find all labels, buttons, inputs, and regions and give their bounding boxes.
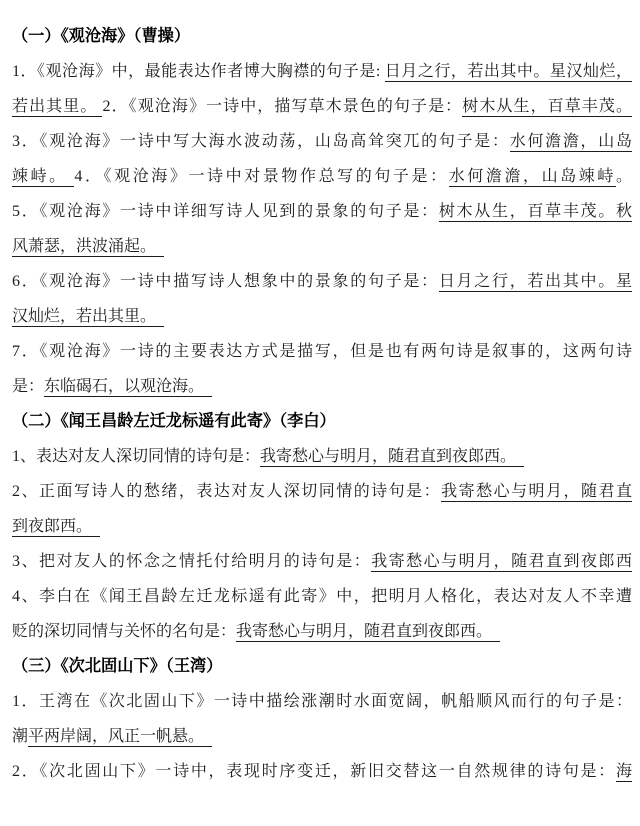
- text-line: 风萧瑟，洪波涌起。: [12, 229, 632, 264]
- text-segment: 4．《观沧海》一诗中对景物作总写的句子是：: [74, 168, 448, 185]
- text-line: 1．王湾在《次北固山下》一诗中描绘涨潮时水面宽阔，帆船顺风而行的句子是：: [12, 684, 632, 719]
- text-segment: 潮: [12, 728, 28, 745]
- text-segment: 3．《观沧海》一诗中写大海水波动荡，山岛高耸突兀的句子是：: [12, 133, 510, 150]
- text-line: 5．《观沧海》一诗中详细写诗人见到的景象的句子是：树木从生，百草丰茂。秋: [12, 194, 632, 229]
- text-segment: 6．《观沧海》一诗中描写诗人想象中的景象的句子是：: [12, 273, 439, 290]
- text-line: 2、正面写诗人的愁绪，表达对友人深切同情的诗句是：我寄愁心与明月，随君直: [12, 474, 632, 509]
- text-line: 1、表达对友人深切同情的诗句是：我寄愁心与明月，随君直到夜郎西。: [12, 439, 632, 474]
- text-line: 7．《观沧海》一诗的主要表达方式是描写，但是也有两句诗是叙事的，这两句诗: [12, 334, 632, 369]
- text-segment: 1．《观沧海》中，最能表达作者博大胸襟的句子是:: [12, 63, 385, 80]
- text-segment: 5．《观沧海》一诗中详细写诗人见到的景象的句子是：: [12, 203, 439, 220]
- underlined-answer: 海: [616, 763, 632, 782]
- text-line: 4、李白在《闻王昌龄左迁龙标遥有此寄》中，把明月人格化，表达对友人不幸遭: [12, 579, 632, 614]
- text-line: 是：东临碣石，以观沧海。: [12, 369, 632, 404]
- text-segment: 是：: [12, 378, 44, 395]
- text-segment: 3、把对友人的怀念之情托付给明月的诗句是：: [12, 553, 371, 570]
- text-line: 若出其里。 2．《观沧海》一诗中，描写草木景色的句子是：树木从生，百草丰茂。: [12, 89, 632, 124]
- underlined-answer: 我寄愁心与明月，随君直: [441, 483, 632, 502]
- text-line: 6．《观沧海》一诗中描写诗人想象中的景象的句子是：日月之行，若出其中。星: [12, 264, 632, 299]
- underlined-answer: 汉灿烂，若出其里。: [12, 308, 164, 327]
- underlined-answer: 我寄愁心与明月，随君直到夜郎西。: [260, 448, 524, 467]
- underlined-answer: 竦峙。: [12, 168, 74, 187]
- section-heading: （三）《次北固山下》（王湾）: [12, 649, 632, 684]
- document-body: （一）《观沧海》（曹操）1．《观沧海》中，最能表达作者博大胸襟的句子是: 日月之…: [12, 19, 632, 789]
- text-segment: 4、李白在《闻王昌龄左迁龙标遥有此寄》中，把明月人格化，表达对友人不幸遭: [12, 588, 632, 605]
- text-line: 贬的深切同情与关怀的名句是：我寄愁心与明月，随君直到夜郎西。: [12, 614, 632, 649]
- underlined-answer: 水何澹澹，山岛: [510, 133, 632, 152]
- text-segment: 1、表达对友人深切同情的诗句是：: [12, 448, 260, 465]
- text-segment: 。: [616, 168, 632, 185]
- underlined-answer: 树木从生，百草丰茂。秋: [439, 203, 632, 222]
- text-segment: 2．《次北固山下》一诗中，表现时序变迁，新旧交替这一自然规律的诗句是：: [12, 763, 616, 780]
- underlined-answer: 若出其里。: [12, 98, 102, 117]
- text-segment: 贬的深切同情与关怀的名句是：: [12, 623, 236, 640]
- underlined-answer: 我寄愁心与明月，随君直到夜郎西: [371, 553, 632, 572]
- text-line: 潮平两岸阔，风正一帆悬。: [12, 719, 632, 754]
- section-heading: （二）《闻王昌龄左迁龙标遥有此寄》（李白）: [12, 404, 632, 439]
- text-line: 2．《次北固山下》一诗中，表现时序变迁，新旧交替这一自然规律的诗句是：海: [12, 754, 632, 789]
- underlined-answer: 东临碣石，以观沧海。: [44, 378, 212, 397]
- text-segment: 2．《观沧海》一诗中，描写草木景色的句子是：: [102, 98, 462, 115]
- section-heading: （一）《观沧海》（曹操）: [12, 19, 632, 54]
- text-line: 3．《观沧海》一诗中写大海水波动荡，山岛高耸突兀的句子是：水何澹澹，山岛: [12, 124, 632, 159]
- text-line: 1．《观沧海》中，最能表达作者博大胸襟的句子是: 日月之行，若出其中。星汉灿烂，: [12, 54, 632, 89]
- document-page: （一）《观沧海》（曹操）1．《观沧海》中，最能表达作者博大胸襟的句子是: 日月之…: [0, 0, 640, 826]
- underlined-answer: 日月之行，若出其中。星汉灿烂，: [385, 63, 632, 82]
- text-line: 3、把对友人的怀念之情托付给明月的诗句是：我寄愁心与明月，随君直到夜郎西: [12, 544, 632, 579]
- underlined-answer: 水何澹澹，山岛竦峙: [449, 168, 616, 187]
- text-line: 到夜郎西。: [12, 509, 632, 544]
- underlined-answer: 风萧瑟，洪波涌起。: [12, 238, 164, 257]
- text-line: 汉灿烂，若出其里。: [12, 299, 632, 334]
- text-line: 竦峙。 4．《观沧海》一诗中对景物作总写的句子是：水何澹澹，山岛竦峙。: [12, 159, 632, 194]
- text-segment: 1．王湾在《次北固山下》一诗中描绘涨潮时水面宽阔，帆船顺风而行的句子是：: [12, 693, 632, 710]
- underlined-answer: 平两岸阔，风正一帆悬。: [28, 728, 212, 747]
- underlined-answer: 到夜郎西。: [12, 518, 100, 537]
- text-segment: 7．《观沧海》一诗的主要表达方式是描写，但是也有两句诗是叙事的，这两句诗: [12, 343, 632, 360]
- underlined-answer: 日月之行，若出其中。星: [439, 273, 632, 292]
- underlined-answer: 树木从生，百草丰茂。: [462, 98, 632, 117]
- text-segment: 2、正面写诗人的愁绪，表达对友人深切同情的诗句是：: [12, 483, 441, 500]
- underlined-answer: 我寄愁心与明月，随君直到夜郎西。: [236, 623, 500, 642]
